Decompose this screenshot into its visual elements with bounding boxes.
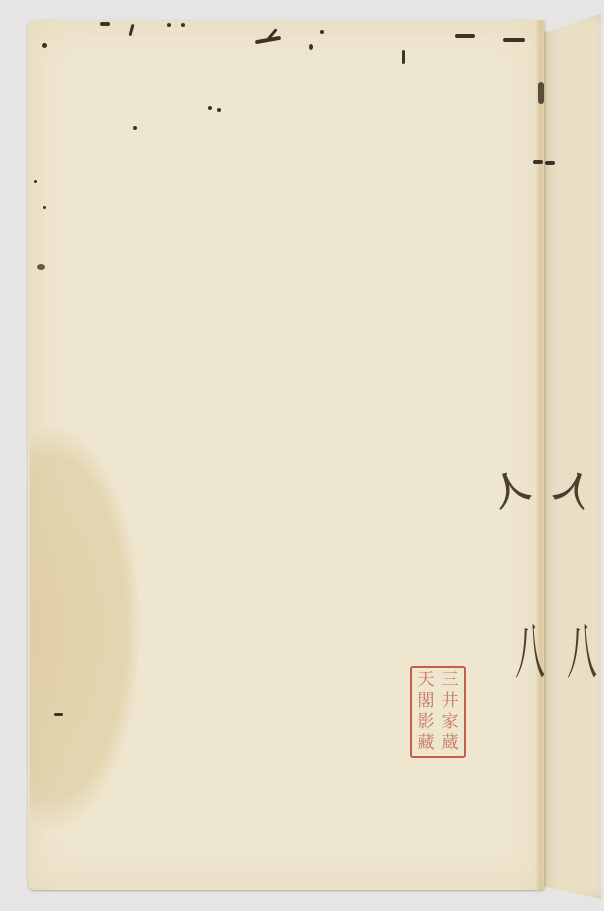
wormhole	[43, 206, 46, 209]
wormhole	[42, 43, 47, 48]
wormhole	[34, 180, 37, 183]
wormhole	[100, 22, 110, 26]
wormhole	[533, 160, 543, 164]
seal-char: 三	[438, 670, 462, 691]
seal-char: 井	[438, 691, 462, 712]
seal-char: 影	[414, 712, 438, 733]
collector-seal: 三 井 家 蔵 天 閣 影 藏	[410, 666, 466, 758]
wormhole-mark: 八	[515, 605, 545, 691]
seal-char: 藏	[414, 733, 438, 754]
seal-char: 天	[414, 670, 438, 691]
wormhole	[538, 82, 544, 104]
right-page	[541, 14, 601, 899]
wormhole	[545, 161, 555, 165]
wormhole	[208, 106, 212, 110]
wormhole	[455, 34, 475, 38]
wormhole	[167, 23, 171, 27]
book-spine-fold	[535, 20, 547, 890]
seal-char: 家	[438, 712, 462, 733]
wormhole	[181, 23, 185, 27]
wormhole	[54, 713, 63, 716]
seal-char: 閣	[414, 691, 438, 712]
wormhole	[309, 44, 313, 50]
wormhole	[133, 126, 137, 130]
wormhole	[503, 38, 525, 42]
seal-char: 蔵	[438, 733, 462, 754]
wormhole	[320, 30, 324, 34]
wormhole-mark: 八	[567, 605, 597, 691]
wormhole	[37, 264, 45, 270]
wormhole	[402, 50, 405, 64]
wormhole	[217, 108, 221, 112]
